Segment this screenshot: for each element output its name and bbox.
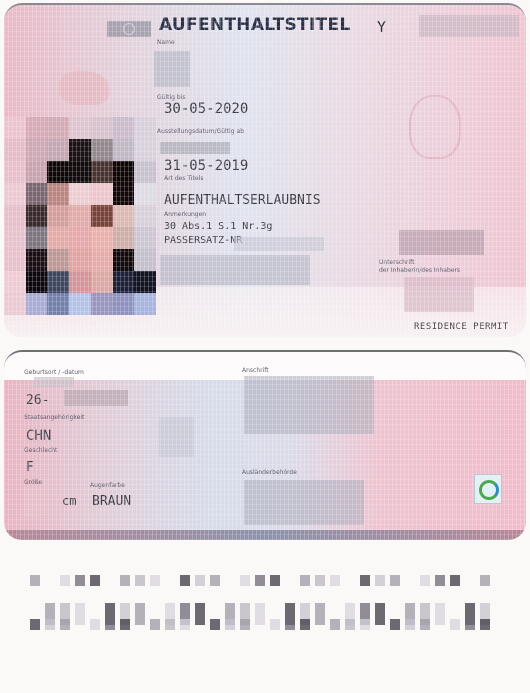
photo-pixel [26, 293, 48, 315]
photo-pixel [113, 139, 135, 161]
photo-pixel [47, 271, 69, 293]
label-signature: Unterschrift [379, 259, 414, 266]
photo-pixel [69, 293, 91, 315]
mrz-redaction-block [300, 575, 310, 586]
mrz-redaction-block [360, 619, 370, 630]
redacted-passport-number [234, 237, 324, 251]
photo-pixel [4, 227, 26, 249]
bear-watermark-icon [59, 71, 109, 105]
mrz-redaction-block [480, 619, 490, 630]
eye-color-value: BRAUN [92, 494, 131, 509]
back-bottom-stripe [4, 530, 526, 540]
photo-pixel [26, 271, 48, 293]
photo-pixel [134, 161, 156, 183]
photo-pixel [26, 227, 48, 249]
label-type: Art des Titels [164, 175, 203, 182]
photo-pixel [47, 183, 69, 205]
residence-permit-back: Geburtsort / -datum 26- Staatsangehörigk… [4, 350, 526, 540]
redacted-signature [404, 277, 474, 312]
redacted-field [160, 142, 230, 154]
mrz-redaction-block [210, 619, 220, 630]
redacted-address [244, 376, 374, 434]
photo-pixel [91, 271, 113, 293]
photo-pixel [113, 271, 135, 293]
mrz-redaction-block [30, 619, 40, 630]
photo-pixel [4, 117, 26, 139]
document-number: Y [377, 18, 386, 36]
label-address: Anschrift [242, 367, 269, 374]
photo-pixel [69, 249, 91, 271]
photo-pixel [69, 227, 91, 249]
mrz-redaction-block [390, 619, 400, 630]
mrz-redaction-block [270, 619, 280, 630]
eagle-emblem-icon [409, 95, 461, 159]
photo-pixel [4, 271, 26, 293]
mrz-redaction-block [330, 575, 340, 586]
photo-pixel [134, 139, 156, 161]
mrz-redaction-block [450, 575, 460, 586]
mrz-redaction-block [480, 575, 490, 586]
label-signature-holder: der Inhaberin/des Inhabers [379, 267, 460, 274]
residence-permit-front: AUFENTHALTSTITEL Y Name Gültig bis 30-05… [4, 3, 526, 337]
photo-pixel [113, 161, 135, 183]
machine-readable-zone-redacted [30, 575, 500, 647]
mrz-redaction-block [135, 575, 145, 586]
mrz-redaction-block [75, 575, 85, 586]
photo-pixel [113, 205, 135, 227]
photo-pixel [26, 117, 48, 139]
photo-pixel [91, 183, 113, 205]
remarks-line1: 30 Abs.1 S.1 Nr.3g [164, 221, 272, 232]
photo-pixel [113, 227, 135, 249]
mrz-redaction-block [165, 619, 175, 630]
mrz-redaction-block [240, 575, 250, 586]
photo-pixel [113, 249, 135, 271]
mrz-redaction-block [465, 619, 475, 630]
photo-pixel [69, 271, 91, 293]
mrz-redaction-block [225, 619, 235, 630]
height-unit: cm [62, 494, 76, 508]
nationality-value: CHN [26, 428, 51, 444]
mrz-redaction-block [30, 575, 40, 586]
photo-pixel [4, 205, 26, 227]
photo-pixel [134, 249, 156, 271]
mrz-redaction-block [105, 619, 115, 630]
mrz-redaction-block [240, 619, 250, 630]
mrz-redaction-block [285, 619, 295, 630]
mrz-redaction-block [255, 603, 265, 625]
mrz-redaction-block [135, 603, 145, 625]
photo-pixel [4, 139, 26, 161]
kinegram-icon [474, 474, 502, 504]
label-authority: Ausländerbehörde [242, 469, 297, 476]
redacted-document-number [419, 15, 519, 37]
mrz-redaction-block [420, 619, 430, 630]
mrz-redaction-block [90, 619, 100, 630]
issue-date-value: 31-05-2019 [164, 158, 248, 174]
mrz-redaction-block [270, 575, 280, 586]
photo-pixel [47, 139, 69, 161]
photo-pixel [47, 205, 69, 227]
photo-pixel [113, 293, 135, 315]
photo-pixel [91, 161, 113, 183]
mrz-redaction-block [450, 619, 460, 630]
permit-type-value: AUFENTHALTSERLAUBNIS [164, 193, 321, 208]
photo-pixel [47, 117, 69, 139]
mrz-redaction-block [375, 575, 385, 586]
sex-value: F [26, 460, 34, 475]
redacted-field [159, 417, 194, 457]
photo-pixel [91, 227, 113, 249]
photo-pixel [91, 205, 113, 227]
mrz-redaction-block [150, 619, 160, 630]
mrz-redaction-block [195, 603, 205, 625]
mrz-redaction-block [330, 619, 340, 630]
photo-pixel [69, 183, 91, 205]
mrz-redaction-block [345, 619, 355, 630]
photo-pixel [26, 205, 48, 227]
photo-pixel [26, 139, 48, 161]
birth-date-value: 26- [26, 393, 49, 408]
mrz-redaction-block [60, 619, 70, 630]
photo-pixel [113, 117, 135, 139]
document-title: AUFENTHALTSTITEL [159, 15, 351, 35]
photo-pixel [134, 227, 156, 249]
mrz-redaction-block [390, 575, 400, 586]
mrz-redaction-block [75, 603, 85, 625]
mrz-redaction-block [375, 603, 385, 625]
photo-pixel [4, 249, 26, 271]
photo-pixel [91, 293, 113, 315]
redacted-birth-place [34, 377, 74, 387]
mrz-redaction-block [120, 619, 130, 630]
remarks-line2: PASSERSATZ-NR [164, 235, 242, 246]
photo-pixel [134, 271, 156, 293]
photo-pixel [113, 183, 135, 205]
mrz-redaction-block [435, 603, 445, 625]
eu-emblem-icon [107, 21, 151, 37]
mrz-redaction-block [45, 619, 55, 630]
photo-pixel [134, 183, 156, 205]
redacted-name [154, 51, 190, 87]
label-height: Größe [24, 479, 42, 486]
mrz-redaction-block [360, 575, 370, 586]
mrz-redaction-block [300, 619, 310, 630]
mrz-redaction-block [315, 603, 325, 625]
photo-pixel [4, 161, 26, 183]
redacted-signature [399, 230, 484, 255]
photo-pixel [134, 205, 156, 227]
redacted-field [160, 255, 310, 285]
redacted-birth-date [64, 390, 128, 406]
mrz-redaction-block [420, 575, 430, 586]
label-nationality: Staatsangehörigkeit [24, 414, 84, 421]
photo-pixel [91, 117, 113, 139]
photo-pixel [69, 161, 91, 183]
mrz-redaction-block [120, 575, 130, 586]
mrz-redaction-block [435, 575, 445, 586]
photo-pixel [69, 117, 91, 139]
photo-pixel [4, 183, 26, 205]
mrz-redaction-block [60, 575, 70, 586]
photo-pixel [69, 139, 91, 161]
mrz-redaction-block [195, 575, 205, 586]
photo-pixel [47, 161, 69, 183]
mrz-redaction-block [405, 619, 415, 630]
photo-pixel [91, 249, 113, 271]
photo-pixel [134, 293, 156, 315]
redacted-authority [244, 480, 364, 525]
label-remarks: Anmerkungen [164, 211, 206, 218]
mrz-redaction-block [210, 575, 220, 586]
photo-pixel [4, 293, 26, 315]
photo-pixel [134, 117, 156, 139]
mrz-redaction-block [180, 575, 190, 586]
photo-pixel [47, 227, 69, 249]
mrz-redaction-block [180, 619, 190, 630]
photo-pixel [26, 183, 48, 205]
photo-pixel [91, 139, 113, 161]
holder-photo [4, 117, 156, 315]
photo-pixel [47, 249, 69, 271]
valid-until-value: 30-05-2020 [164, 101, 248, 117]
photo-pixel [26, 161, 48, 183]
photo-pixel [69, 205, 91, 227]
label-eye-color: Augenfarbe [90, 482, 125, 489]
mrz-redaction-block [150, 575, 160, 586]
label-issue-date: Ausstellungsdatum/Gültig ab [157, 128, 244, 135]
label-valid-until: Gültig bis [157, 94, 185, 101]
redacted-height [24, 487, 52, 517]
mrz-redaction-block [90, 575, 100, 586]
label-birth: Geburtsort / -datum [24, 369, 84, 376]
label-sex: Geschlecht [24, 447, 57, 454]
mrz-redaction-block [315, 575, 325, 586]
residence-permit-label: RESIDENCE PERMIT [414, 322, 509, 332]
label-name: Name [157, 39, 175, 46]
mrz-redaction-block [255, 575, 265, 586]
photo-pixel [47, 293, 69, 315]
photo-pixel [26, 249, 48, 271]
